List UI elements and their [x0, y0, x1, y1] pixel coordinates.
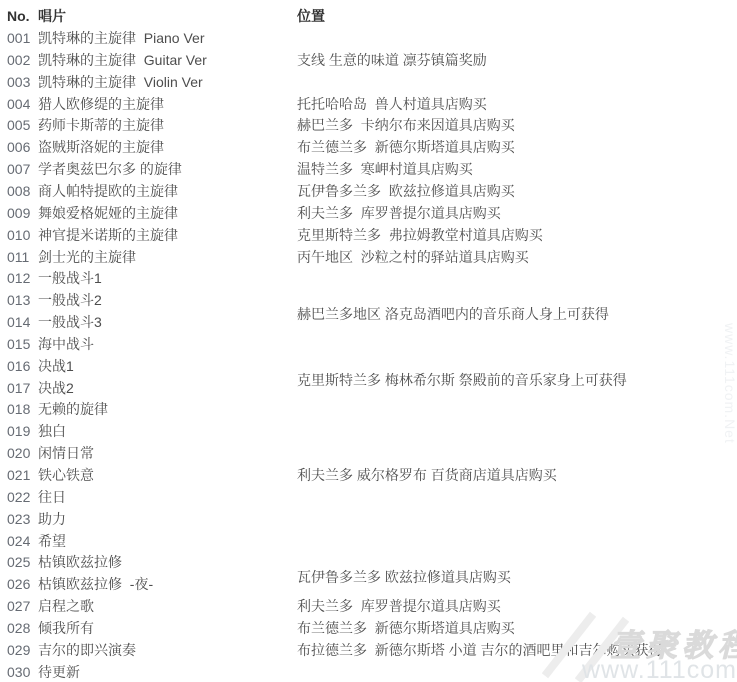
table-row: 009舞娘爱格妮娅的主旋律利夫兰多 库罗普提尔道具店购买 [0, 203, 737, 223]
table-row: 018无赖的旋律 [0, 399, 737, 419]
table-row: 023助力 [0, 509, 737, 529]
record-location: 利夫兰多 威尔格罗布 百货商店道具店购买 [297, 465, 557, 485]
record-title: 学者奥兹巴尔多 的旋律 [38, 159, 182, 179]
row-number: 026 [7, 574, 30, 594]
row-number: 028 [7, 618, 30, 638]
record-list-page: No. 唱片 位置 001凯特琳的主旋律 Piano Ver002凯特琳的主旋律… [0, 0, 737, 682]
row-number: 006 [7, 137, 30, 157]
record-title: 倾我所有 [38, 618, 94, 638]
record-title: 铁心铁意 [38, 465, 94, 485]
record-title: 无赖的旋律 [38, 399, 108, 419]
table-row: 021铁心铁意利夫兰多 威尔格罗布 百货商店道具店购买 [0, 465, 737, 485]
record-title: 闲情日常 [38, 443, 94, 463]
row-number: 022 [7, 487, 30, 507]
record-location: 支线 生意的味道 凛芬镇篇奖励 [297, 50, 487, 70]
row-number: 015 [7, 334, 30, 354]
table-row: 008商人帕特提欧的主旋律瓦伊鲁多兰多 欧兹拉修道具店购买 [0, 181, 737, 201]
record-location: 丙午地区 沙粒之村的驿站道具店购买 [297, 247, 529, 267]
row-number: 020 [7, 443, 30, 463]
table-row: 002凯特琳的主旋律 Guitar Ver支线 生意的味道 凛芬镇篇奖励 [0, 50, 737, 70]
record-location-merged: 克里斯特兰多 梅林希尔斯 祭殿前的音乐家身上可获得 [297, 370, 627, 390]
table-row: 007学者奥兹巴尔多 的旋律温特兰多 寒岬村道具店购买 [0, 159, 737, 179]
record-location: 克里斯特兰多 弗拉姆教堂村道具店购买 [297, 225, 543, 245]
record-location: 利夫兰多 库罗普提尔道具店购买 [297, 203, 501, 223]
record-title: 猎人欧修缇的主旋律 [38, 94, 164, 114]
record-title: 一般战斗2 [38, 290, 102, 310]
row-number: 003 [7, 72, 30, 92]
row-number: 018 [7, 399, 30, 419]
record-location: 赫巴兰多 卡纳尔布来因道具店购买 [297, 115, 515, 135]
row-number: 001 [7, 28, 30, 48]
record-title: 启程之歌 [38, 596, 94, 616]
row-number: 008 [7, 181, 30, 201]
record-location-merged: 赫巴兰多地区 洛克岛酒吧内的音乐商人身上可获得 [297, 304, 609, 324]
record-title: 一般战斗3 [38, 312, 102, 332]
record-title: 枯镇欧兹拉修 [38, 552, 122, 572]
record-title: 决战2 [38, 378, 74, 398]
row-number: 023 [7, 509, 30, 529]
table-row: 012一般战斗1 [0, 268, 737, 288]
record-location: 托托哈哈岛 兽人村道具店购买 [297, 94, 487, 114]
row-number: 013 [7, 290, 30, 310]
row-number: 011 [7, 247, 29, 267]
table-row: 027启程之歌利夫兰多 库罗普提尔道具店购买 [0, 596, 737, 616]
row-number: 024 [7, 531, 30, 551]
row-number: 004 [7, 94, 30, 114]
row-number: 012 [7, 268, 30, 288]
table-row: 006盗贼斯洛妮的主旋律布兰德兰多 新德尔斯塔道具店购买 [0, 137, 737, 157]
table-row: 020闲情日常 [0, 443, 737, 463]
row-number: 007 [7, 159, 30, 179]
row-number: 021 [7, 465, 30, 485]
record-title: 一般战斗1 [38, 268, 102, 288]
record-location: 瓦伊鲁多兰多 欧兹拉修道具店购买 [297, 181, 515, 201]
row-number: 009 [7, 203, 30, 223]
record-title: 助力 [38, 509, 66, 529]
row-number: 025 [7, 552, 30, 572]
record-location: 布兰德兰多 新德尔斯塔道具店购买 [297, 618, 515, 638]
record-title: 往日 [38, 487, 66, 507]
record-location: 温特兰多 寒岬村道具店购买 [297, 159, 473, 179]
table-row: 003凯特琳的主旋律 Violin Ver [0, 72, 737, 92]
record-title: 待更新 [38, 662, 80, 682]
record-title: 剑士光的主旋律 [38, 247, 136, 267]
record-title: 药师卡斯蒂的主旋律 [38, 115, 164, 135]
row-number: 010 [7, 225, 30, 245]
record-title: 凯特琳的主旋律 Piano Ver [38, 28, 205, 48]
table-row: 015海中战斗 [0, 334, 737, 354]
table-row: 011剑士光的主旋律丙午地区 沙粒之村的驿站道具店购买 [0, 247, 737, 267]
record-location-merged: 瓦伊鲁多兰多 欧兹拉修道具店购买 [297, 567, 511, 587]
record-title: 吉尔的即兴演奏 [38, 640, 136, 660]
table-row: 010神官提米诺斯的主旋律克里斯特兰多 弗拉姆教堂村道具店购买 [0, 225, 737, 245]
column-header-no: No. [7, 6, 30, 26]
watermark-side-url: www.111com.Net [722, 323, 737, 503]
row-number: 019 [7, 421, 30, 441]
table-row: 005药师卡斯蒂的主旋律赫巴兰多 卡纳尔布来因道具店购买 [0, 115, 737, 135]
column-header-record: 唱片 [38, 6, 66, 26]
record-title: 凯特琳的主旋律 Guitar Ver [38, 50, 207, 70]
record-title: 海中战斗 [38, 334, 94, 354]
record-title: 枯镇欧兹拉修 -夜- [38, 574, 153, 594]
table-row: 019独白 [0, 421, 737, 441]
table-row: 022往日 [0, 487, 737, 507]
row-number: 014 [7, 312, 30, 332]
row-number: 005 [7, 115, 30, 135]
row-number: 016 [7, 356, 30, 376]
record-title: 神官提米诺斯的主旋律 [38, 225, 178, 245]
record-title: 决战1 [38, 356, 74, 376]
watermark-url: www.111com.Net [582, 656, 737, 682]
record-title: 独白 [38, 421, 66, 441]
record-title: 盗贼斯洛妮的主旋律 [38, 137, 164, 157]
column-header-location: 位置 [297, 6, 325, 26]
row-number: 030 [7, 662, 30, 682]
record-title: 希望 [38, 531, 66, 551]
table-row: 004猎人欧修缇的主旋律托托哈哈岛 兽人村道具店购买 [0, 94, 737, 114]
record-location: 布兰德兰多 新德尔斯塔道具店购买 [297, 137, 515, 157]
table-row: 001凯特琳的主旋律 Piano Ver [0, 28, 737, 48]
record-title: 舞娘爱格妮娅的主旋律 [38, 203, 178, 223]
row-number: 002 [7, 50, 30, 70]
row-number: 027 [7, 596, 30, 616]
record-title: 凯特琳的主旋律 Violin Ver [38, 72, 203, 92]
record-title: 商人帕特提欧的主旋律 [38, 181, 178, 201]
row-number: 029 [7, 640, 30, 660]
row-number: 017 [7, 378, 30, 398]
record-location: 利夫兰多 库罗普提尔道具店购买 [297, 596, 501, 616]
table-row: 024希望 [0, 531, 737, 551]
